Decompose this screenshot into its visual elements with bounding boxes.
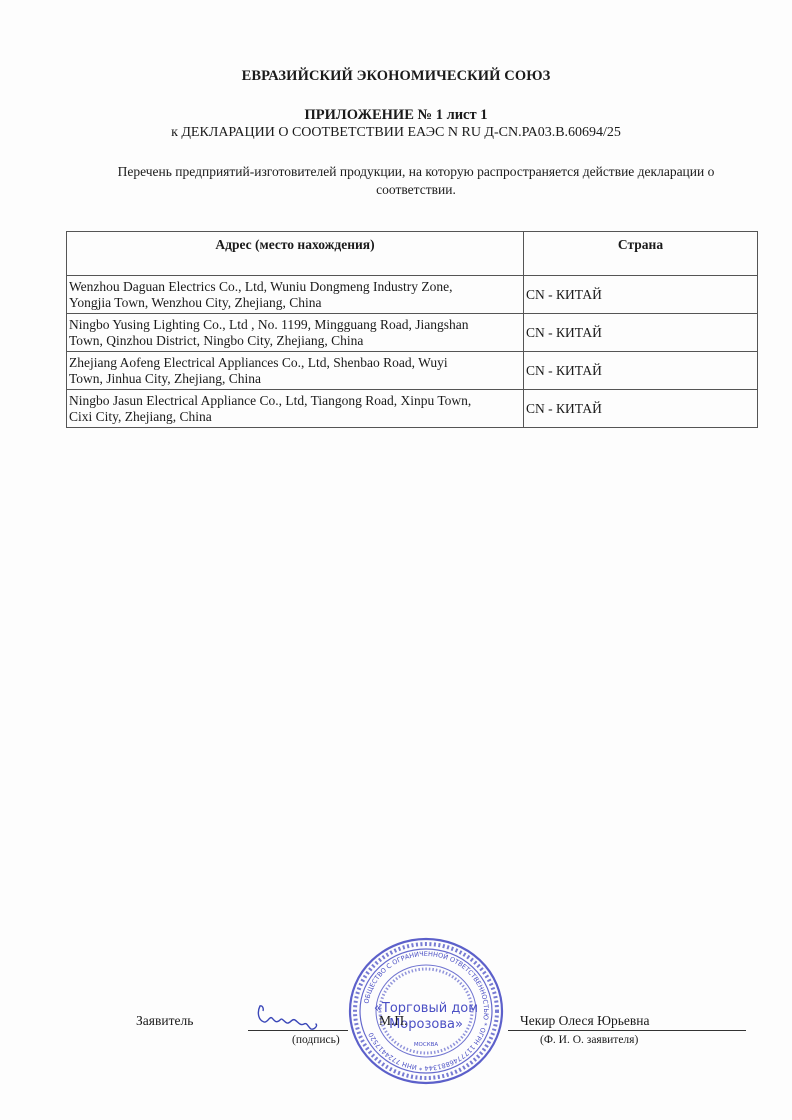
handwritten-signature — [254, 1002, 326, 1032]
intro-text: Перечень предприятий-изготовителей проду… — [80, 163, 752, 199]
country-cell: CN - КИТАЙ — [524, 352, 758, 390]
column-header-address: Адрес (место нахождения) — [67, 232, 524, 276]
company-seal-stamp: ОБЩЕСТВО С ОГРАНИЧЕННОЙ ОТВЕТСТВЕННОСТЬЮ… — [347, 936, 505, 1086]
signature-caption: (подпись) — [292, 1034, 340, 1046]
union-title: ЕВРАЗИЙСКИЙ ЭКОНОМИЧЕСКИЙ СОЮЗ — [0, 68, 792, 85]
table-row: Zhejiang Aofeng Electrical Appliances Co… — [67, 352, 758, 390]
stamp-city: МОСКВА — [414, 1042, 439, 1048]
table-row: Ningbo Yusing Lighting Co., Ltd , No. 11… — [67, 314, 758, 352]
country-cell: CN - КИТАЙ — [524, 390, 758, 428]
applicant-label: Заявитель — [136, 1013, 193, 1029]
declaration-reference: к ДЕКЛАРАЦИИ О СООТВЕТСТВИИ ЕАЭС N RU Д-… — [0, 125, 792, 141]
manufacturers-table: Адрес (место нахождения) Страна Wenzhou … — [66, 231, 758, 428]
country-cell: CN - КИТАЙ — [524, 276, 758, 314]
address-cell: Ningbo Yusing Lighting Co., Ltd , No. 11… — [67, 314, 524, 352]
applicant-name: Чекир Олеся Юрьевна — [520, 1013, 649, 1029]
column-header-country: Страна — [524, 232, 758, 276]
table-row: Wenzhou Daguan Electrics Co., Ltd, Wuniu… — [67, 276, 758, 314]
name-caption: (Ф. И. О. заявителя) — [540, 1034, 638, 1046]
address-line: Cixi City, Zhejiang, China — [69, 409, 212, 424]
address-line: Town, Jinhua City, Zhejiang, China — [69, 371, 261, 386]
address-line: Ningbo Yusing Lighting Co., Ltd , No. 11… — [69, 317, 469, 332]
address-line: Wenzhou Daguan Electrics Co., Ltd, Wuniu… — [69, 279, 453, 294]
address-cell: Zhejiang Aofeng Electrical Appliances Co… — [67, 352, 524, 390]
address-cell: Wenzhou Daguan Electrics Co., Ltd, Wuniu… — [67, 276, 524, 314]
address-cell: Ningbo Jasun Electrical Appliance Co., L… — [67, 390, 524, 428]
table-header-row: Адрес (место нахождения) Страна — [67, 232, 758, 276]
annex-title: ПРИЛОЖЕНИЕ № 1 лист 1 — [0, 107, 792, 124]
country-cell: CN - КИТАЙ — [524, 314, 758, 352]
name-line — [508, 1030, 746, 1031]
address-line: Ningbo Jasun Electrical Appliance Co., L… — [69, 393, 471, 408]
address-line: Town, Qinzhou District, Ningbo City, Zhe… — [69, 333, 363, 348]
address-line: Zhejiang Aofeng Electrical Appliances Co… — [69, 355, 448, 370]
seal-placeholder-label: М.П. — [379, 1013, 408, 1029]
table-row: Ningbo Jasun Electrical Appliance Co., L… — [67, 390, 758, 428]
address-line: Yongjia Town, Wenzhou City, Zhejiang, Ch… — [69, 295, 321, 310]
document-page: ЕВРАЗИЙСКИЙ ЭКОНОМИЧЕСКИЙ СОЮЗ ПРИЛОЖЕНИ… — [0, 0, 792, 1120]
